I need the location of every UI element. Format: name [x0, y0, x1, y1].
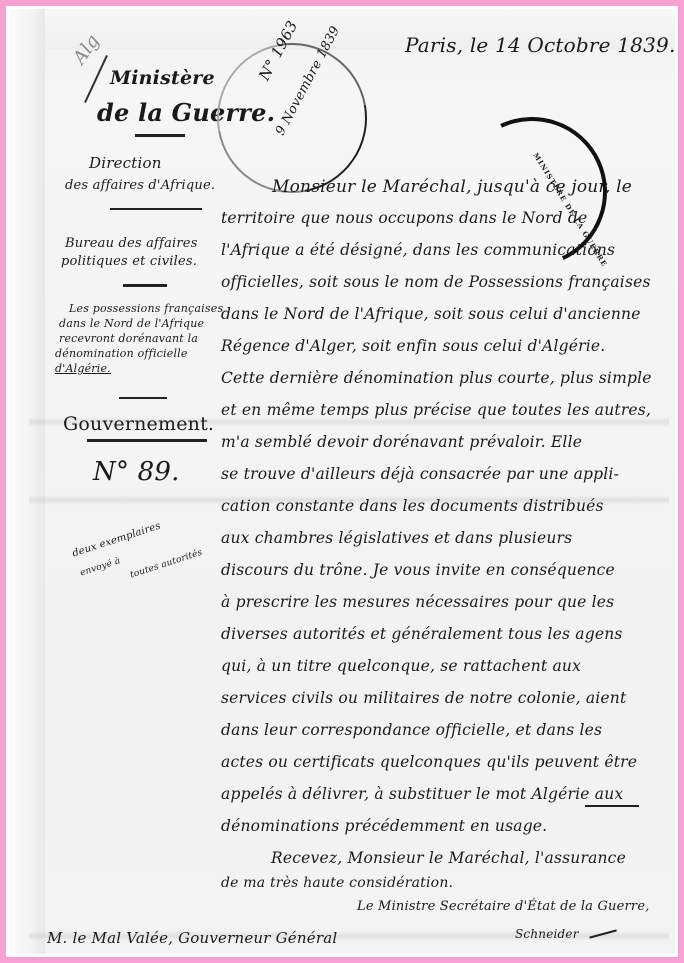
- margin-annotation-line-2: envoyé à: [79, 556, 122, 578]
- letter-line: se trouve d'ailleurs déjà consacrée par …: [221, 465, 619, 483]
- minister-signature: Schneider: [515, 927, 579, 941]
- algerie-underline: [585, 805, 639, 807]
- addressee-line: M. le Mal Valée, Gouverneur Général: [47, 929, 337, 947]
- letter-line: Régence d'Alger, soit enfin sous celui d…: [221, 337, 605, 355]
- summary-line-4: dénomination officielle: [55, 347, 188, 360]
- summary-line-5: d'Algérie.: [55, 362, 111, 375]
- letter-date: Paris, le 14 Octobre 1839.: [405, 33, 675, 57]
- letter-line: m'a semblé devoir dorénavant prévaloir. …: [221, 433, 582, 451]
- letter-line: et en même temps plus précise que toutes…: [221, 401, 651, 419]
- letter-paper: Alg Ministère de la Guerre. Paris, le 14…: [9, 9, 675, 954]
- closing-line-2: de ma très haute considération.: [221, 875, 453, 891]
- margin-annotation-line-3: toutes autorités: [129, 548, 204, 581]
- bureau-line-2: politiques et civiles.: [61, 254, 197, 269]
- letter-line: cation constante dans les documents dist…: [221, 497, 604, 515]
- margin-divider: [110, 208, 202, 210]
- dispatch-number: N° 89.: [93, 457, 180, 487]
- letter-line: à prescrire les mesures nécessaires pour…: [221, 593, 614, 611]
- summary-line-2: dans le Nord de l'Afrique: [59, 317, 204, 330]
- gouvernement-underline: [87, 439, 207, 442]
- letter-line: appelés à délivrer, à substituer le mot …: [221, 785, 623, 803]
- margin-divider: [123, 284, 167, 287]
- direction-value: des affaires d'Afrique.: [65, 178, 215, 193]
- letter-line: discours du trône. Je vous invite en con…: [221, 561, 615, 579]
- letter-line: l'Afrique a été désigné, dans les commun…: [221, 241, 615, 259]
- margin-divider: [119, 397, 167, 399]
- summary-line-3: recevront dorénavant la: [59, 332, 198, 345]
- letter-line: territoire que nous occupons dans le Nor…: [221, 209, 587, 227]
- paper-left-edge-shadow: [9, 9, 45, 954]
- margin-annotation-line-1: deux exemplaires: [71, 520, 162, 559]
- letter-line: officielles, soit sous le nom de Possess…: [221, 273, 651, 291]
- letter-line: Monsieur le Maréchal, jusqu'à ce jour, l…: [272, 177, 632, 197]
- letter-line: dans leur correspondance officielle, et …: [221, 721, 602, 739]
- letter-line: dénominations précédemment en usage.: [221, 817, 547, 835]
- letter-line: diverses autorités et généralement tous …: [221, 625, 623, 643]
- header-divider: [135, 134, 185, 137]
- letter-line: dans le Nord de l'Afrique, soit sous cel…: [221, 305, 641, 323]
- letter-line: services civils ou militaires de notre c…: [221, 689, 626, 707]
- letter-line: aux chambres législatives et dans plusie…: [221, 529, 572, 547]
- pink-photo-frame: Alg Ministère de la Guerre. Paris, le 14…: [0, 0, 684, 963]
- ministry-title-line1: Ministère: [110, 67, 215, 89]
- bureau-line-1: Bureau des affaires: [65, 236, 198, 251]
- signature-title: Le Ministre Secrétaire d'État de la Guer…: [357, 899, 650, 914]
- summary-line-1: Les possessions françaises: [69, 302, 223, 315]
- closing-line-1: Recevez, Monsieur le Maréchal, l'assuran…: [271, 849, 626, 867]
- letter-line: qui, à un titre quelconque, se rattachen…: [221, 657, 581, 675]
- letter-line: Cette dernière dénomination plus courte,…: [221, 369, 652, 387]
- direction-label: Direction: [89, 154, 162, 172]
- gouvernement-label: Gouvernement.: [63, 413, 214, 435]
- letter-line: actes ou certificats quelconques qu'ils …: [221, 753, 637, 771]
